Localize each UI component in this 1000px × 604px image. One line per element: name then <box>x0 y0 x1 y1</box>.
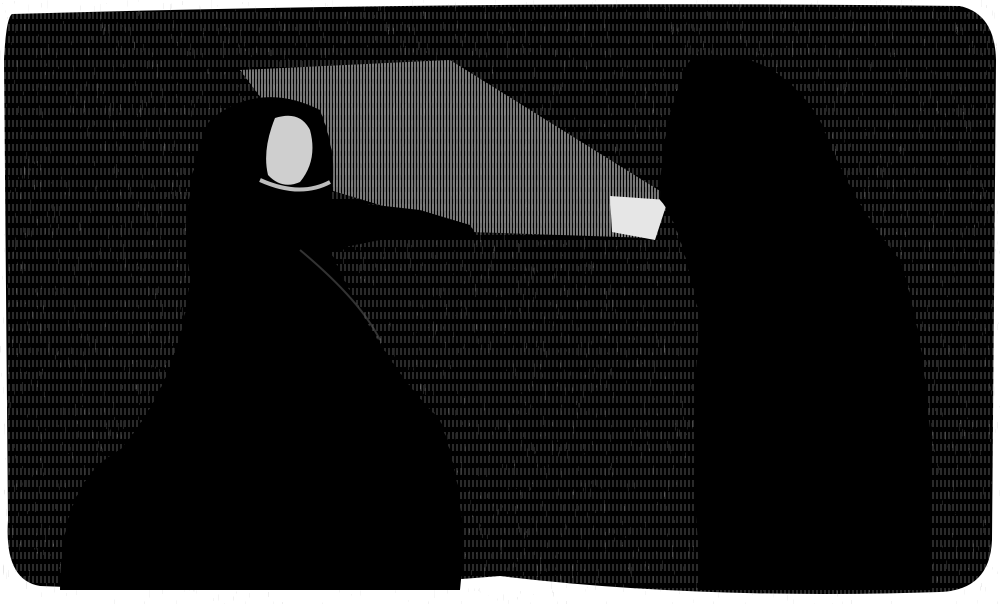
illustration <box>0 0 1000 604</box>
